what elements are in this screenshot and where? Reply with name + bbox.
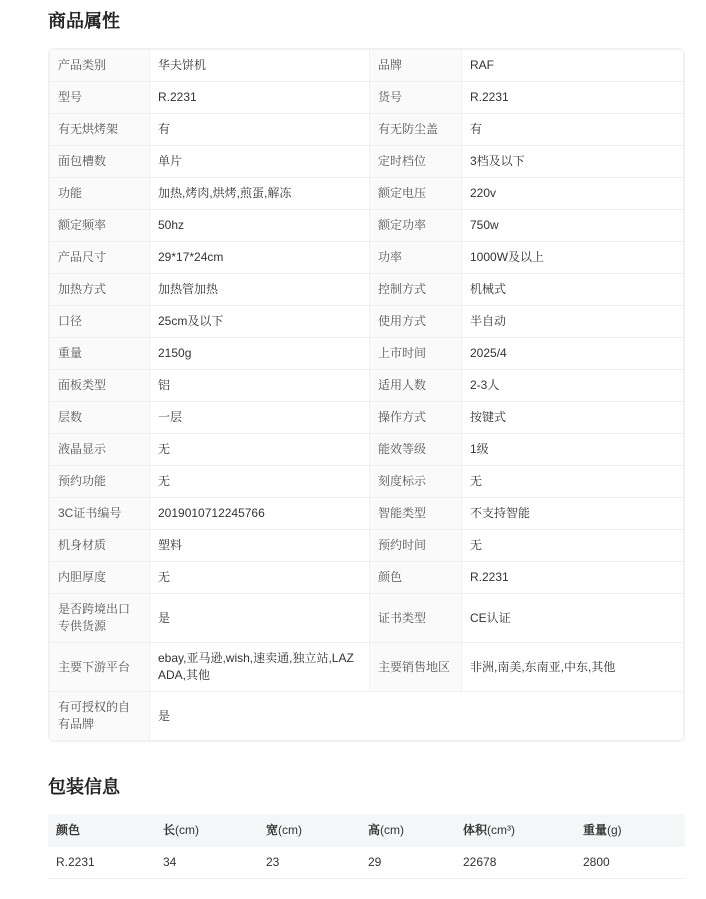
attr-row: 加热方式 加热管加热 控制方式 机械式 [50, 274, 684, 306]
attr-value: 铝 [150, 370, 370, 402]
packaging-header-row: 颜色 长(cm) 宽(cm) 高(cm) 体积(cm³) 重量(g) [48, 814, 685, 847]
pkg-value-volume: 22678 [455, 847, 575, 879]
attr-row: 3C证书编号 2019010712245766 智能类型 不支持智能 [50, 498, 684, 530]
pkg-header-unit: (cm) [278, 823, 302, 837]
attr-row: 有可授权的自有品牌 是 [50, 692, 684, 741]
pkg-header-unit: (cm³) [487, 823, 515, 837]
attr-value: 无 [150, 466, 370, 498]
attr-value: 2-3人 [462, 370, 684, 402]
attr-row: 型号 R.2231 货号 R.2231 [50, 82, 684, 114]
attr-row: 功能 加热,烤肉,烘烤,煎蛋,解冻 额定电压 220v [50, 178, 684, 210]
attr-value: 无 [462, 530, 684, 562]
attr-label: 证书类型 [370, 594, 462, 643]
attr-label: 预约功能 [50, 466, 150, 498]
attr-label: 额定电压 [370, 178, 462, 210]
pkg-header-unit: (g) [607, 823, 622, 837]
attr-label: 使用方式 [370, 306, 462, 338]
pkg-value-color: R.2231 [48, 847, 155, 879]
attr-label: 功率 [370, 242, 462, 274]
attr-label: 功能 [50, 178, 150, 210]
attr-row: 有无烘烤架 有 有无防尘盖 有 [50, 114, 684, 146]
attr-row: 额定频率 50hz 额定功率 750w [50, 210, 684, 242]
attr-value: R.2231 [150, 82, 370, 114]
attr-value: R.2231 [462, 82, 684, 114]
attr-value: 无 [150, 434, 370, 466]
pkg-header-width: 宽(cm) [258, 814, 360, 847]
pkg-header-label: 长 [163, 823, 175, 837]
attr-label: 货号 [370, 82, 462, 114]
attr-value: 220v [462, 178, 684, 210]
attr-label: 智能类型 [370, 498, 462, 530]
attr-value: 25cm及以下 [150, 306, 370, 338]
attr-value: 一层 [150, 402, 370, 434]
attr-label: 面板类型 [50, 370, 150, 402]
pkg-header-label: 颜色 [56, 823, 80, 837]
attr-row: 产品类别 华夫饼机 品牌 RAF [50, 50, 684, 82]
pkg-value-weight: 2800 [575, 847, 685, 879]
attr-row: 机身材质 塑料 预约时间 无 [50, 530, 684, 562]
attr-label: 操作方式 [370, 402, 462, 434]
attr-value: 2150g [150, 338, 370, 370]
attr-row: 口径 25cm及以下 使用方式 半自动 [50, 306, 684, 338]
attr-label: 内胆厚度 [50, 562, 150, 594]
attr-label: 上市时间 [370, 338, 462, 370]
attr-label: 刻度标示 [370, 466, 462, 498]
attr-row: 是否跨境出口专供货源 是 证书类型 CE认证 [50, 594, 684, 643]
attr-value: 1000W及以上 [462, 242, 684, 274]
attr-value: 是 [150, 594, 370, 643]
page-content: 商品属性 产品类别 华夫饼机 品牌 RAF 型号 R.2231 货号 R.223… [0, 0, 706, 899]
pkg-header-label: 重量 [583, 823, 607, 837]
packaging-table: 颜色 长(cm) 宽(cm) 高(cm) 体积(cm³) 重量(g) R.223… [48, 814, 685, 879]
pkg-value-length: 34 [155, 847, 258, 879]
attr-value: 单片 [150, 146, 370, 178]
attr-label: 口径 [50, 306, 150, 338]
attr-label: 主要下游平台 [50, 643, 150, 692]
attr-value: 有 [462, 114, 684, 146]
pkg-value-width: 23 [258, 847, 360, 879]
attr-label: 机身材质 [50, 530, 150, 562]
attr-row: 主要下游平台 ebay,亚马逊,wish,速卖通,独立站,LAZADA,其他 主… [50, 643, 684, 692]
attr-label: 产品类别 [50, 50, 150, 82]
attributes-table: 产品类别 华夫饼机 品牌 RAF 型号 R.2231 货号 R.2231 有无烘… [49, 49, 684, 741]
attr-label: 重量 [50, 338, 150, 370]
attr-label: 额定频率 [50, 210, 150, 242]
attr-value: 按键式 [462, 402, 684, 434]
attr-label: 颜色 [370, 562, 462, 594]
attr-label: 加热方式 [50, 274, 150, 306]
attributes-section-title: 商品属性 [48, 10, 685, 32]
pkg-header-unit: (cm) [380, 823, 404, 837]
attr-label: 液晶显示 [50, 434, 150, 466]
attr-value: 29*17*24cm [150, 242, 370, 274]
attr-label: 主要销售地区 [370, 643, 462, 692]
pkg-header-weight: 重量(g) [575, 814, 685, 847]
attr-row: 内胆厚度 无 颜色 R.2231 [50, 562, 684, 594]
attr-row: 液晶显示 无 能效等级 1级 [50, 434, 684, 466]
attr-label: 适用人数 [370, 370, 462, 402]
attr-label: 定时档位 [370, 146, 462, 178]
attr-label: 层数 [50, 402, 150, 434]
attr-value: 半自动 [462, 306, 684, 338]
attr-label: 有可授权的自有品牌 [50, 692, 150, 741]
attr-value: 加热,烤肉,烘烤,煎蛋,解冻 [150, 178, 370, 210]
packaging-section-title: 包装信息 [48, 776, 685, 798]
attr-label: 能效等级 [370, 434, 462, 466]
attr-label: 3C证书编号 [50, 498, 150, 530]
attr-value: 不支持智能 [462, 498, 684, 530]
attr-value: 非洲,南美,东南亚,中东,其他 [462, 643, 684, 692]
attr-value: R.2231 [462, 562, 684, 594]
attr-value: 2025/4 [462, 338, 684, 370]
attr-label: 面包槽数 [50, 146, 150, 178]
pkg-header-volume: 体积(cm³) [455, 814, 575, 847]
attr-value: 塑料 [150, 530, 370, 562]
attr-row: 重量 2150g 上市时间 2025/4 [50, 338, 684, 370]
attr-value: 750w [462, 210, 684, 242]
attr-label: 品牌 [370, 50, 462, 82]
attr-value: 有 [150, 114, 370, 146]
attr-value: 无 [150, 562, 370, 594]
attr-label: 有无烘烤架 [50, 114, 150, 146]
packaging-data-row: R.2231 34 23 29 22678 2800 [48, 847, 685, 879]
attr-row: 产品尺寸 29*17*24cm 功率 1000W及以上 [50, 242, 684, 274]
attr-value: RAF [462, 50, 684, 82]
pkg-header-color: 颜色 [48, 814, 155, 847]
pkg-header-height: 高(cm) [360, 814, 455, 847]
attr-label: 额定功率 [370, 210, 462, 242]
attr-label: 控制方式 [370, 274, 462, 306]
pkg-header-length: 长(cm) [155, 814, 258, 847]
attr-value: 机械式 [462, 274, 684, 306]
pkg-value-height: 29 [360, 847, 455, 879]
attr-value: 3档及以下 [462, 146, 684, 178]
attr-value: 1级 [462, 434, 684, 466]
attr-value: 华夫饼机 [150, 50, 370, 82]
pkg-header-label: 高 [368, 823, 380, 837]
attr-value: 无 [462, 466, 684, 498]
attr-value: 50hz [150, 210, 370, 242]
attr-label: 有无防尘盖 [370, 114, 462, 146]
attributes-table-wrapper: 产品类别 华夫饼机 品牌 RAF 型号 R.2231 货号 R.2231 有无烘… [48, 48, 685, 742]
attr-value: ebay,亚马逊,wish,速卖通,独立站,LAZADA,其他 [150, 643, 370, 692]
attr-label: 预约时间 [370, 530, 462, 562]
pkg-header-unit: (cm) [175, 823, 199, 837]
attr-value: 是 [150, 692, 684, 741]
attr-row: 面包槽数 单片 定时档位 3档及以下 [50, 146, 684, 178]
attr-value: CE认证 [462, 594, 684, 643]
attr-row: 层数 一层 操作方式 按键式 [50, 402, 684, 434]
attr-value: 2019010712245766 [150, 498, 370, 530]
attr-label: 是否跨境出口专供货源 [50, 594, 150, 643]
attr-label: 型号 [50, 82, 150, 114]
pkg-header-label: 宽 [266, 823, 278, 837]
attr-value: 加热管加热 [150, 274, 370, 306]
pkg-header-label: 体积 [463, 823, 487, 837]
attr-row: 预约功能 无 刻度标示 无 [50, 466, 684, 498]
attr-label: 产品尺寸 [50, 242, 150, 274]
attr-row: 面板类型 铝 适用人数 2-3人 [50, 370, 684, 402]
